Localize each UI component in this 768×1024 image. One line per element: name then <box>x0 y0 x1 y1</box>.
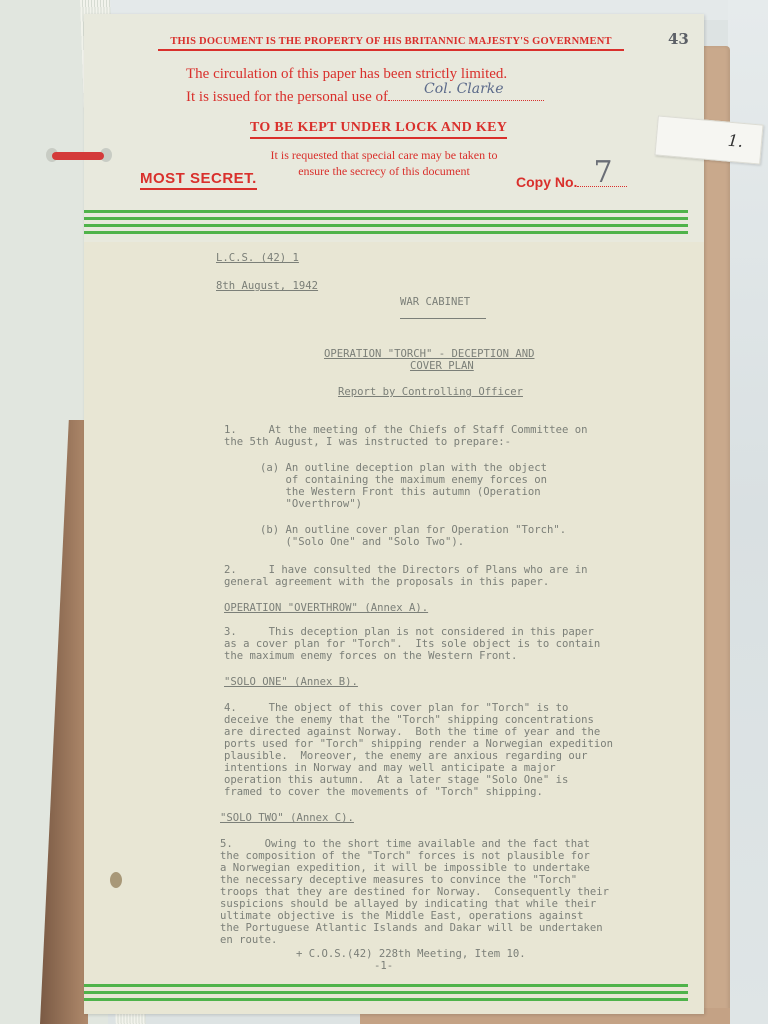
copy-number-handwritten: 7 <box>593 155 612 190</box>
section-heading-solo-two: "SOLO TWO" (Annex C). <box>220 812 354 824</box>
issued-for-label: It is issued for the personal use of <box>186 89 388 105</box>
lock-and-key-notice: TO BE KEPT UNDER LOCK AND KEY <box>250 120 507 139</box>
section-heading-overthrow: OPERATION "OVERTHROW" (Annex A). <box>224 602 428 614</box>
secrecy-request-line-1: It is requested that special care may be… <box>184 148 584 163</box>
paragraph-1b: (b) An outline cover plan for Operation … <box>260 524 566 548</box>
title-line-1: OPERATION "TORCH" - DECEPTION AND <box>324 348 534 360</box>
paragraph-4: 4. The object of this cover plan for "To… <box>224 702 613 798</box>
section-heading-solo-one: "SOLO ONE" (Annex B). <box>224 676 358 688</box>
copy-number-field: 7 <box>577 177 627 187</box>
red-binding-string <box>52 152 104 160</box>
paragraph-2: 2. I have consulted the Directors of Pla… <box>224 564 588 588</box>
page-footer-number: -1- <box>374 960 393 972</box>
paragraph-1: 1. At the meeting of the Chiefs of Staff… <box>224 424 588 448</box>
green-stripe-band-top <box>84 210 688 238</box>
paragraph-5: 5. Owing to the short time available and… <box>220 838 609 946</box>
green-stripe-band-bottom <box>84 984 688 1005</box>
index-tab-label: 1. <box>727 131 744 151</box>
document-date: 8th August, 1942 <box>216 280 318 292</box>
title-line-2: COVER PLAN <box>410 360 474 372</box>
issued-for-signature: Col. Clarke <box>424 81 504 97</box>
paragraph-1a: (a) An outline deception plan with the o… <box>260 462 547 510</box>
report-subtitle: Report by Controlling Officer <box>338 386 523 398</box>
property-notice: THIS DOCUMENT IS THE PROPERTY OF HIS BRI… <box>158 36 624 51</box>
page-number: 43 <box>668 30 689 48</box>
issued-for-field: Col. Clarke <box>388 89 544 101</box>
issued-for-line: It is issued for the personal use ofCol.… <box>186 89 544 106</box>
paragraph-3: 3. This deception plan is not considered… <box>224 626 600 662</box>
heading-rule <box>400 318 486 319</box>
copy-number-label: Copy No. <box>516 174 577 190</box>
document-reference: L.C.S. (42) 1 <box>216 252 299 264</box>
classification-label: MOST SECRET. <box>140 170 257 190</box>
document-page: THIS DOCUMENT IS THE PROPERTY OF HIS BRI… <box>84 14 704 1014</box>
punch-hole-icon <box>110 872 122 888</box>
footnote: + C.O.S.(42) 228th Meeting, Item 10. <box>296 948 526 960</box>
copy-number-line: Copy No.7 <box>516 174 627 190</box>
body-heading: WAR CABINET <box>400 296 470 308</box>
